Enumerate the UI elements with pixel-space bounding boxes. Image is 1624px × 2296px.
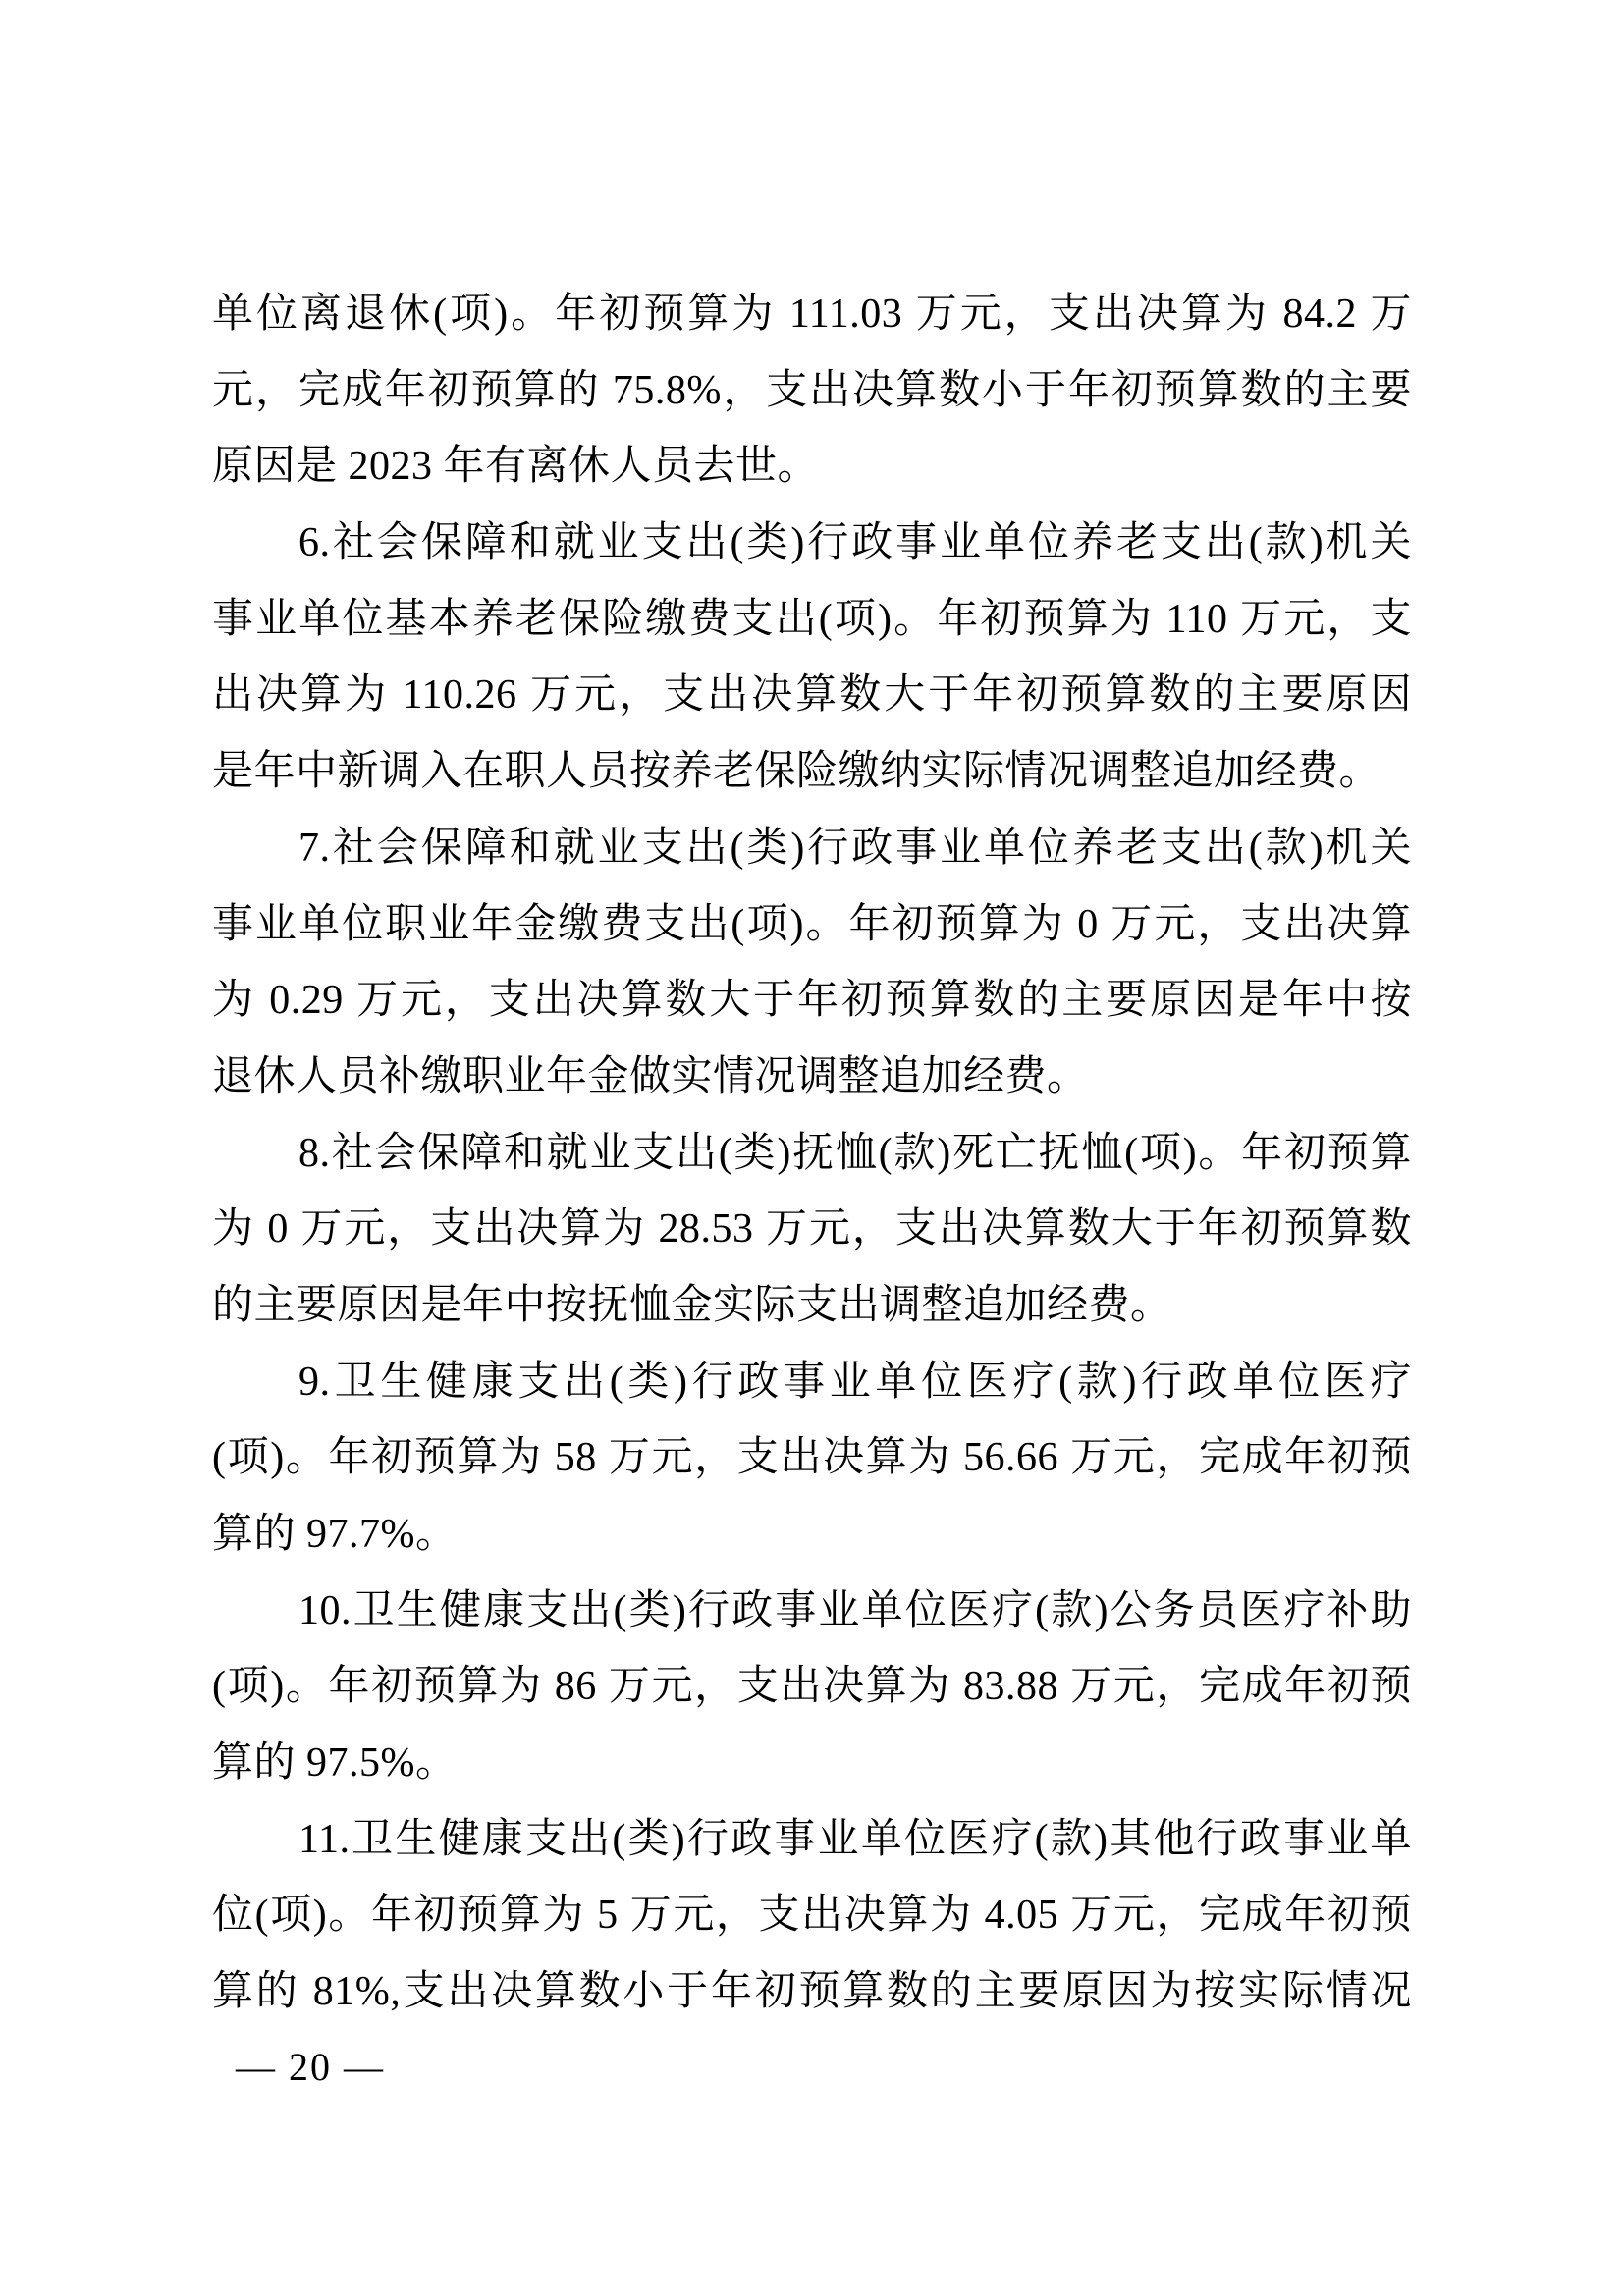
text-line: 事业单位基本养老保险缴费支出(项)。年初预算为 110 万元，支 <box>212 582 1412 659</box>
text-line: 8.社会保障和就业支出(类)抚恤(款)死亡抚恤(项)。年初预算 <box>212 1116 1412 1193</box>
text-line: 9.卫生健康支出(类)行政事业单位医疗(款)行政单位医疗 <box>212 1345 1412 1421</box>
text-line: 事业单位职业年金缴费支出(项)。年初预算为 0 万元，支出决算 <box>212 887 1412 964</box>
paragraph-item11: 11.卫生健康支出(类)行政事业单位医疗(款)其他行政事业单 位(项)。年初预算… <box>212 1802 1412 2031</box>
text-line: 10.卫生健康支出(类)行政事业单位医疗(款)公务员医疗补助 <box>212 1574 1412 1650</box>
text-line: 出决算为 110.26 万元，支出决算数大于年初预算数的主要原因 <box>212 658 1412 734</box>
text-line: 元，完成年初预算的 75.8%，支出决算数小于年初预算数的主要 <box>212 353 1412 430</box>
text-line: (项)。年初预算为 86 万元，支出决算为 83.88 万元，完成年初预 <box>212 1649 1412 1726</box>
text-line: 单位离退休(项)。年初预算为 111.03 万元，支出决算为 84.2 万 <box>212 277 1412 353</box>
page-number: — 20 — <box>236 2044 385 2091</box>
paragraph-item5-continuation: 单位离退休(项)。年初预算为 111.03 万元，支出决算为 84.2 万 元，… <box>212 277 1412 506</box>
text-line: (项)。年初预算为 58 万元，支出决算为 56.66 万元，完成年初预 <box>212 1420 1412 1497</box>
document-page: 单位离退休(项)。年初预算为 111.03 万元，支出决算为 84.2 万 元，… <box>0 0 1624 2296</box>
text-line: 7.社会保障和就业支出(类)行政事业单位养老支出(款)机关 <box>212 811 1412 887</box>
text-line: 11.卫生健康支出(类)行政事业单位医疗(款)其他行政事业单 <box>212 1802 1412 1879</box>
paragraph-item6: 6.社会保障和就业支出(类)行政事业单位养老支出(款)机关 事业单位基本养老保险… <box>212 506 1412 811</box>
paragraph-item8: 8.社会保障和就业支出(类)抚恤(款)死亡抚恤(项)。年初预算 为 0 万元，支… <box>212 1116 1412 1345</box>
text-line: 为 0.29 万元，支出决算数大于年初预算数的主要原因是年中按 <box>212 963 1412 1040</box>
text-line: 6.社会保障和就业支出(类)行政事业单位养老支出(款)机关 <box>212 506 1412 582</box>
text-line: 是年中新调入在职人员按养老保险缴纳实际情况调整追加经费。 <box>212 734 1412 811</box>
text-line: 的主要原因是年中按抚恤金实际支出调整追加经费。 <box>212 1268 1412 1345</box>
text-line: 算的 81%,支出决算数小于年初预算数的主要原因为按实际情况 <box>212 1954 1412 2031</box>
text-line: 算的 97.7%。 <box>212 1497 1412 1574</box>
text-line: 算的 97.5%。 <box>212 1726 1412 1802</box>
text-line: 原因是 2023 年有离休人员去世。 <box>212 429 1412 506</box>
paragraph-item9: 9.卫生健康支出(类)行政事业单位医疗(款)行政单位医疗 (项)。年初预算为 5… <box>212 1345 1412 1574</box>
text-line: 退休人员补缴职业年金做实情况调整追加经费。 <box>212 1040 1412 1116</box>
text-line: 为 0 万元，支出决算为 28.53 万元，支出决算数大于年初预算数 <box>212 1192 1412 1268</box>
paragraph-item7: 7.社会保障和就业支出(类)行政事业单位养老支出(款)机关 事业单位职业年金缴费… <box>212 811 1412 1116</box>
text-body: 单位离退休(项)。年初预算为 111.03 万元，支出决算为 84.2 万 元，… <box>212 277 1412 2031</box>
paragraph-item10: 10.卫生健康支出(类)行政事业单位医疗(款)公务员医疗补助 (项)。年初预算为… <box>212 1574 1412 1802</box>
text-line: 位(项)。年初预算为 5 万元，支出决算为 4.05 万元，完成年初预 <box>212 1878 1412 1954</box>
